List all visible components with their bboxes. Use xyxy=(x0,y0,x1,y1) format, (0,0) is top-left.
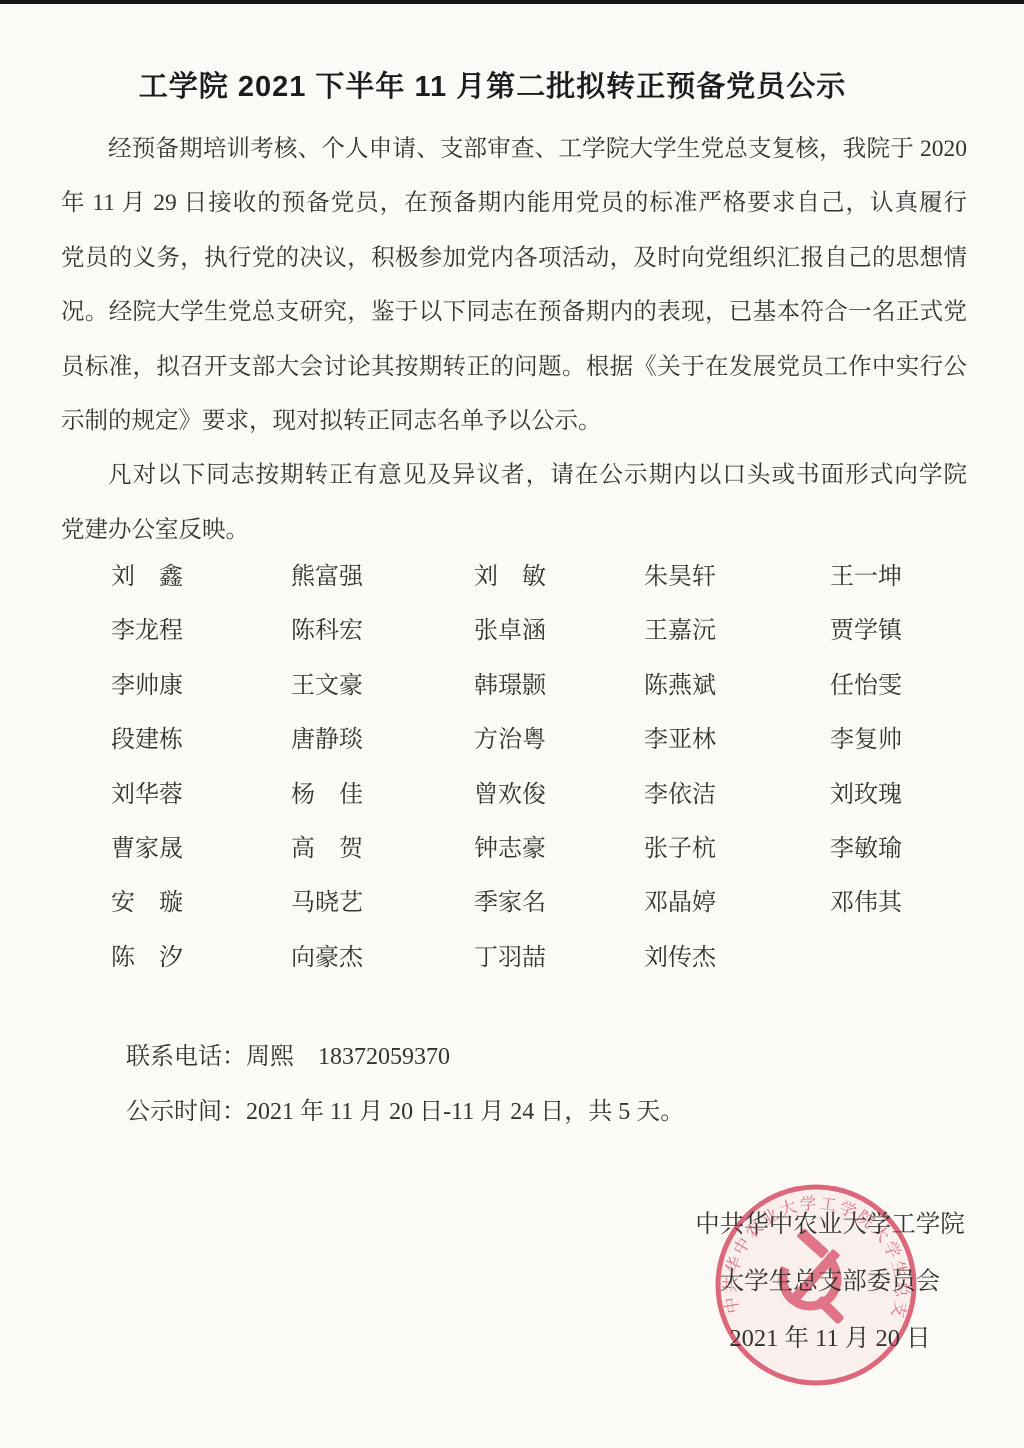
member-name: 向豪杰 xyxy=(291,931,474,985)
document-title: 工学院 2021 下半年 11 月第二批拟转正预备党员公示 xyxy=(0,64,985,105)
paragraph-line: 凡对以下同志按期转正有意见及异议者，请在公示期内以口头或书面形式向学院 xyxy=(61,448,967,502)
paragraph-line: 员标准，拟召开支部大会讨论其按期转正的问题。根据《关于在发展党员工作中实行公 xyxy=(61,340,967,394)
member-name: 贾学镇 xyxy=(830,604,964,658)
member-name: 李依洁 xyxy=(644,768,830,822)
publicity-period-line: 公示时间：2021 年 11 月 20 日-11 月 24 日，共 5 天。 xyxy=(126,1085,684,1140)
member-name: 钟志豪 xyxy=(474,822,644,876)
signature-block: 中共华中农业大学工学院 大学生总支部委员会 2021 年 11 月 20 日 xyxy=(660,1196,1000,1367)
member-name: 刘华蓉 xyxy=(111,768,291,822)
member-name: 张卓涵 xyxy=(474,604,644,658)
paragraph-line: 经预备期培训考核、个人申请、支部审查、工学院大学生党总支复核，我院于 2020 xyxy=(61,122,967,176)
contact-block: 联系电话：周熙 18372059370 公示时间：2021 年 11 月 20 … xyxy=(126,1030,684,1140)
member-name: 刘玫瑰 xyxy=(830,768,964,822)
member-name: 段建栋 xyxy=(111,713,291,767)
member-name: 熊富强 xyxy=(291,550,474,604)
member-name: 季家名 xyxy=(474,876,644,930)
issuer-branch-line: 大学生总支部委员会 xyxy=(660,1253,1000,1310)
member-name: 李亚林 xyxy=(644,713,830,767)
member-name: 高 贺 xyxy=(291,822,474,876)
member-name: 王嘉沅 xyxy=(644,604,830,658)
member-name: 刘传杰 xyxy=(644,931,830,985)
member-name: 李龙程 xyxy=(111,604,291,658)
member-name: 刘 敏 xyxy=(474,550,644,604)
member-name: 李敏瑜 xyxy=(830,822,964,876)
paragraph-line: 况。经院大学生党总支研究，鉴于以下同志在预备期内的表现，已基本符合一名正式党 xyxy=(61,285,967,339)
member-name: 刘 鑫 xyxy=(111,550,291,604)
member-name: 曹家晟 xyxy=(111,822,291,876)
member-name: 陈燕斌 xyxy=(644,659,830,713)
member-name: 陈科宏 xyxy=(291,604,474,658)
body-paragraph-1: 经预备期培训考核、个人申请、支部审查、工学院大学生党总支复核，我院于 2020年… xyxy=(61,122,967,448)
document-body: 经预备期培训考核、个人申请、支部审查、工学院大学生党总支复核，我院于 2020年… xyxy=(61,122,967,557)
member-name: 邓晶婷 xyxy=(644,876,830,930)
member-name: 安 璇 xyxy=(111,876,291,930)
body-paragraph-2: 凡对以下同志按期转正有意见及异议者，请在公示期内以口头或书面形式向学院党建办公室… xyxy=(61,448,967,557)
paragraph-line: 示制的规定》要求，现对拟转正同志名单予以公示。 xyxy=(61,394,967,448)
paragraph-line: 党员的义务，执行党的决议，积极参加党内各项活动，及时向党组织汇报自己的思想情 xyxy=(61,231,967,285)
scan-edge xyxy=(0,0,1024,4)
member-name: 李帅康 xyxy=(111,659,291,713)
paragraph-line: 党建办公室反映。 xyxy=(61,503,967,557)
member-name: 张子杭 xyxy=(644,822,830,876)
member-name: 李复帅 xyxy=(830,713,964,767)
member-name: 丁羽喆 xyxy=(474,931,644,985)
member-name: 唐静琰 xyxy=(291,713,474,767)
contact-phone-line: 联系电话：周熙 18372059370 xyxy=(126,1030,684,1085)
member-name: 杨 佳 xyxy=(291,768,474,822)
member-name: 方治粤 xyxy=(474,713,644,767)
issuer-org-line: 中共华中农业大学工学院 xyxy=(660,1196,1000,1253)
issue-date-line: 2021 年 11 月 20 日 xyxy=(660,1310,1000,1367)
scanned-document-page: 工学院 2021 下半年 11 月第二批拟转正预备党员公示 经预备期培训考核、个… xyxy=(0,0,1024,1448)
member-name: 韩璟颢 xyxy=(474,659,644,713)
member-name: 王一坤 xyxy=(830,550,964,604)
member-name: 王文豪 xyxy=(291,659,474,713)
paragraph-line: 年 11 月 29 日接收的预备党员，在预备期内能用党员的标准严格要求自己，认真… xyxy=(61,176,967,230)
member-name: 邓伟其 xyxy=(830,876,964,930)
member-name-grid: 刘 鑫熊富强刘 敏朱昊轩王一坤李龙程陈科宏张卓涵王嘉沅贾学镇李帅康王文豪韩璟颢陈… xyxy=(111,550,964,985)
member-name: 陈 汐 xyxy=(111,931,291,985)
member-name: 任怡雯 xyxy=(830,659,964,713)
member-name: 马晓艺 xyxy=(291,876,474,930)
member-name: 曾欢俊 xyxy=(474,768,644,822)
member-name: 朱昊轩 xyxy=(644,550,830,604)
